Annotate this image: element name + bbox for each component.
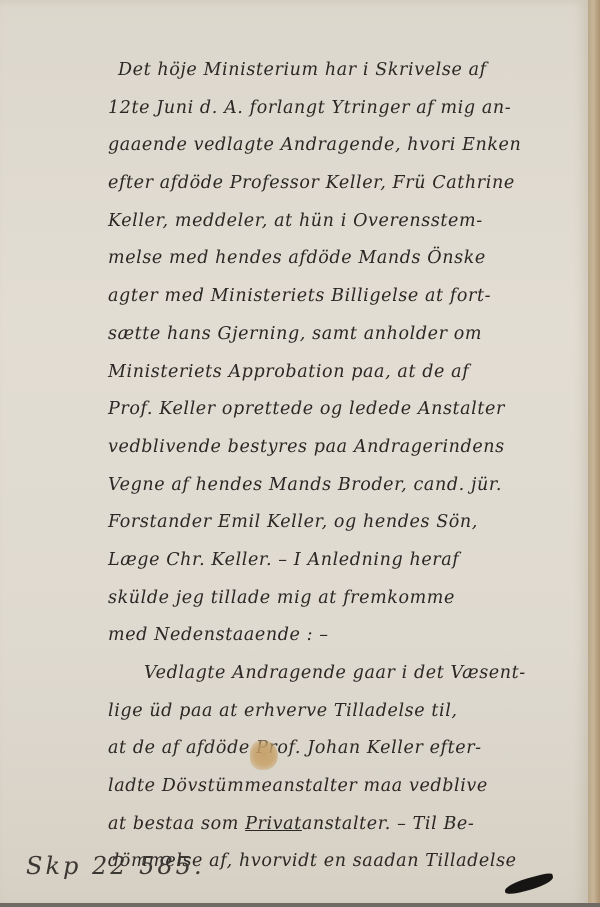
text-line-19: at de af afdöde Prof. Johan Keller efter… [108, 730, 578, 768]
text-line-13: Forstander Emil Keller, og hendes Sön, [108, 504, 578, 542]
text-line-9: Ministeriets Approbation paa, at de af [108, 354, 578, 392]
text-line-17-paragraph-start: Vedlagte Andragende gaar i det Væsent- [108, 655, 578, 693]
text-line-21-after: anstalter. – Til Be- [302, 814, 475, 834]
text-line-16: med Nedenstaaende : – [108, 617, 578, 655]
text-line-6: melse med hendes afdöde Mands Önske [108, 240, 578, 278]
handwritten-letter-body: Det höje Ministerium har i Skrivelse af … [108, 52, 578, 881]
text-line-4: efter afdöde Professor Keller, Frü Cathr… [108, 165, 578, 203]
text-line-12: Vegne af hendes Mands Broder, cand. jür. [108, 467, 578, 505]
text-line-18: lige üd paa at erhverve Tilladelse til, [108, 693, 578, 731]
text-line-10: Prof. Keller oprettede og ledede Anstalt… [108, 391, 578, 429]
text-line-15: skülde jeg tillade mig at fremkomme [108, 580, 578, 618]
text-line-21-before: at bestaa som [108, 814, 245, 834]
page-bottom-edge [0, 903, 600, 907]
text-line-11: vedblivende bestyres paa Andragerindens [108, 429, 578, 467]
text-line-1: Det höje Ministerium har i Skrivelse af [108, 52, 578, 90]
text-line-5: Keller, meddeler, at hün i Overensstem- [108, 203, 578, 241]
text-line-2: 12te Juni d. A. forlangt Ytringer af mig… [108, 90, 578, 128]
text-line-20: ladte Dövstümmeanstalter maa vedblive [108, 768, 578, 806]
text-line-3: gaaende vedlagte Andragende, hvori Enken [108, 127, 578, 165]
paper-stain [250, 740, 278, 770]
book-spine-edge [588, 0, 600, 907]
text-line-8: sætte hans Gjerning, samt anholder om [108, 316, 578, 354]
underlined-word-privat: Privat [245, 814, 302, 834]
text-line-14: Læge Chr. Keller. – I Anledning heraf [108, 542, 578, 580]
manuscript-page: Det höje Ministerium har i Skrivelse af … [0, 0, 588, 907]
archive-reference-number: Skp 22 585. [26, 852, 205, 880]
text-line-21: at bestaa som Privatanstalter. – Til Be- [108, 806, 578, 844]
text-line-7: agter med Ministeriets Billigelse at for… [108, 278, 578, 316]
